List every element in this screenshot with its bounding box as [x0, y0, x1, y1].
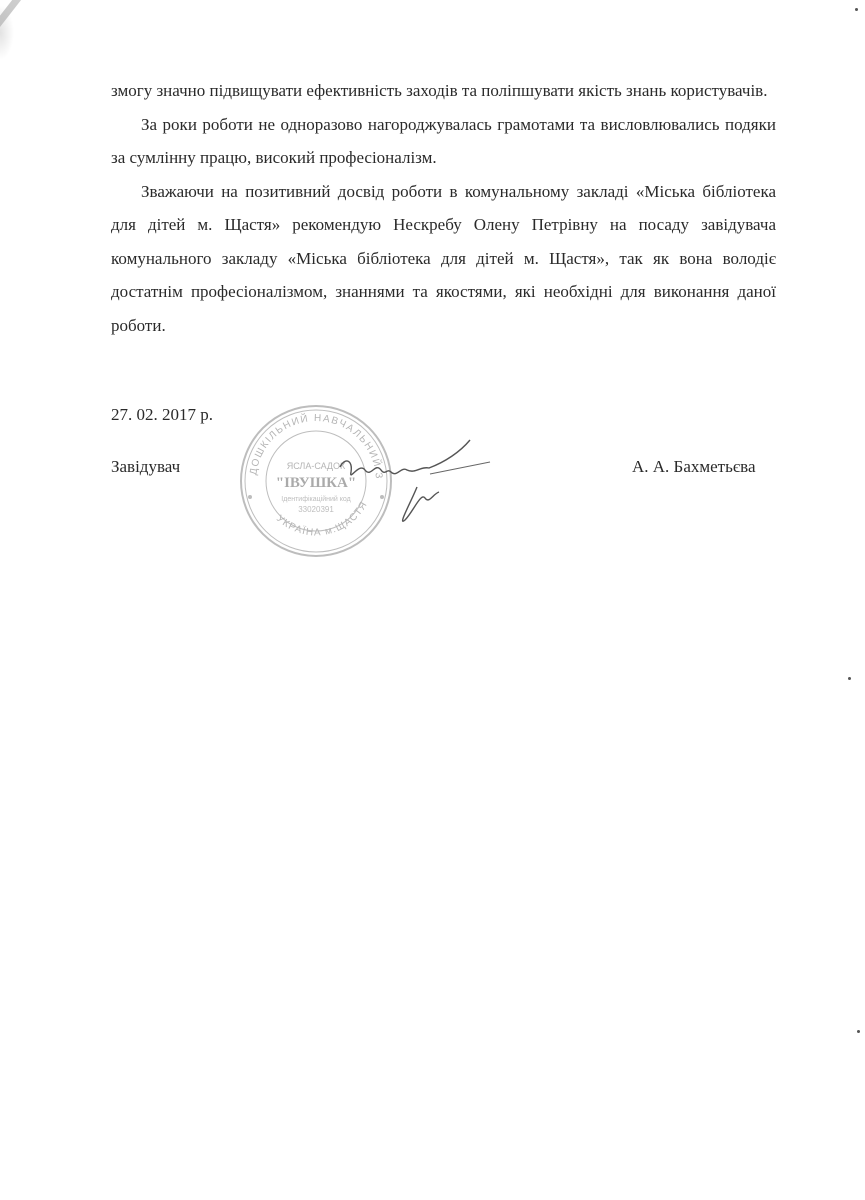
signatory-title: Завідувач — [111, 457, 180, 477]
paragraph-recommendation: Зважаючи на позитивний досвід роботи в к… — [111, 175, 776, 343]
letter-body: змогу значно підвищувати ефективність за… — [111, 74, 776, 342]
paragraph-awards: За роки роботи не одноразово нагороджува… — [111, 108, 776, 175]
handwritten-signature — [335, 432, 495, 532]
signatory-name: А. А. Бахметьєва — [632, 457, 756, 477]
stamp-center-code: 33020391 — [298, 505, 334, 514]
paragraph-continuation: змогу значно підвищувати ефективність за… — [111, 74, 776, 108]
scan-speck — [857, 1030, 860, 1033]
scan-speck — [848, 677, 851, 680]
scan-speck — [855, 8, 858, 11]
document-date: 27. 02. 2017 р. — [111, 405, 213, 425]
